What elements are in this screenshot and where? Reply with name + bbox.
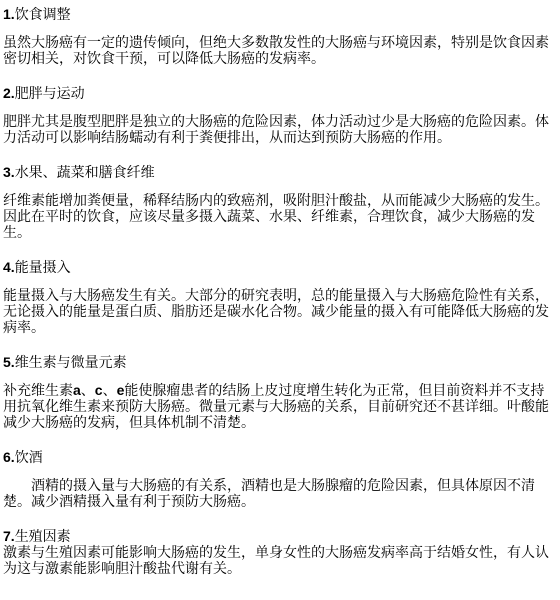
section-title: 水果、蔬菜和膳食纤维 — [15, 164, 155, 180]
section-heading: 6.饮酒 — [3, 449, 558, 465]
section-heading: 1.饮食调整 — [3, 6, 558, 22]
section-alcohol: 6.饮酒 酒精的摄入量与大肠癌的有关系，酒精也是大肠腺瘤的危险因素，但具体原因不… — [3, 449, 558, 509]
section-number: 3. — [3, 164, 15, 180]
section-vitamins-trace-elements: 5.维生素与微量元素 补充维生素a、c、e能使腺瘤患者的结肠上皮过度增生转化为正… — [3, 354, 558, 430]
section-title: 肥胖与运动 — [15, 85, 85, 101]
section-title: 维生素与微量元素 — [15, 354, 127, 370]
section-number: 6. — [3, 449, 15, 465]
section-diet: 1.饮食调整 虽然大肠癌有一定的遗传倾向，但绝大多数散发性的大肠癌与环境因素，特… — [3, 6, 558, 66]
section-number: 1. — [3, 6, 15, 22]
section-heading: 5.维生素与微量元素 — [3, 354, 558, 370]
section-paragraph: 酒精的摄入量与大肠癌的有关系，酒精也是大肠腺瘤的危险因素，但具体原因不清楚。减少… — [3, 477, 558, 509]
section-paragraph: 激素与生殖因素可能影响大肠癌的发生，单身女性的大肠癌发病率高于结婚女性，有人认为… — [3, 544, 558, 576]
section-heading: 2.肥胖与运动 — [3, 85, 558, 101]
section-paragraph: 肥胖尤其是腹型肥胖是独立的大肠癌的危险因素，体力活动过少是大肠癌的危险因素。体力… — [3, 113, 558, 145]
section-title: 饮食调整 — [15, 6, 71, 22]
section-energy-intake: 4.能量摄入 能量摄入与大肠癌发生有关。大部分的研究表明，总的能量摄入与大肠癌危… — [3, 259, 558, 335]
section-fruit-vegetable-fiber: 3.水果、蔬菜和膳食纤维 纤维素能增加粪便量，稀释结肠内的致癌剂，吸附胆汁酸盐，… — [3, 164, 558, 240]
vitamin-c-label: c — [95, 382, 103, 398]
section-number: 4. — [3, 259, 15, 275]
paragraph-segment: 、 — [81, 382, 95, 398]
section-heading: 3.水果、蔬菜和膳食纤维 — [3, 164, 558, 180]
section-title: 饮酒 — [15, 449, 43, 465]
section-number: 2. — [3, 85, 15, 101]
section-paragraph: 补充维生素a、c、e能使腺瘤患者的结肠上皮过度增生转化为正常，但目前资料并不支持… — [3, 382, 558, 430]
paragraph-segment: 补充维生素 — [3, 382, 73, 398]
section-obesity-exercise: 2.肥胖与运动 肥胖尤其是腹型肥胖是独立的大肠癌的危险因素，体力活动过少是大肠癌… — [3, 85, 558, 145]
section-title: 生殖因素 — [15, 528, 71, 544]
section-paragraph: 虽然大肠癌有一定的遗传倾向，但绝大多数散发性的大肠癌与环境因素，特别是饮食因素密… — [3, 34, 558, 66]
paragraph-segment: 、 — [103, 382, 117, 398]
section-paragraph: 纤维素能增加粪便量，稀释结肠内的致癌剂，吸附胆汁酸盐，从而能减少大肠癌的发生。因… — [3, 192, 558, 240]
section-heading: 4.能量摄入 — [3, 259, 558, 275]
section-heading: 7.生殖因素 — [3, 528, 558, 544]
section-number: 5. — [3, 354, 15, 370]
section-paragraph: 能量摄入与大肠癌发生有关。大部分的研究表明，总的能量摄入与大肠癌危险性有关系，无… — [3, 287, 558, 335]
vitamin-a-label: a — [73, 382, 81, 398]
section-number: 7. — [3, 528, 15, 544]
section-title: 能量摄入 — [15, 259, 71, 275]
section-reproductive-factors: 7.生殖因素 激素与生殖因素可能影响大肠癌的发生，单身女性的大肠癌发病率高于结婚… — [3, 528, 558, 576]
article-page: 1.饮食调整 虽然大肠癌有一定的遗传倾向，但绝大多数散发性的大肠癌与环境因素，特… — [0, 0, 560, 600]
